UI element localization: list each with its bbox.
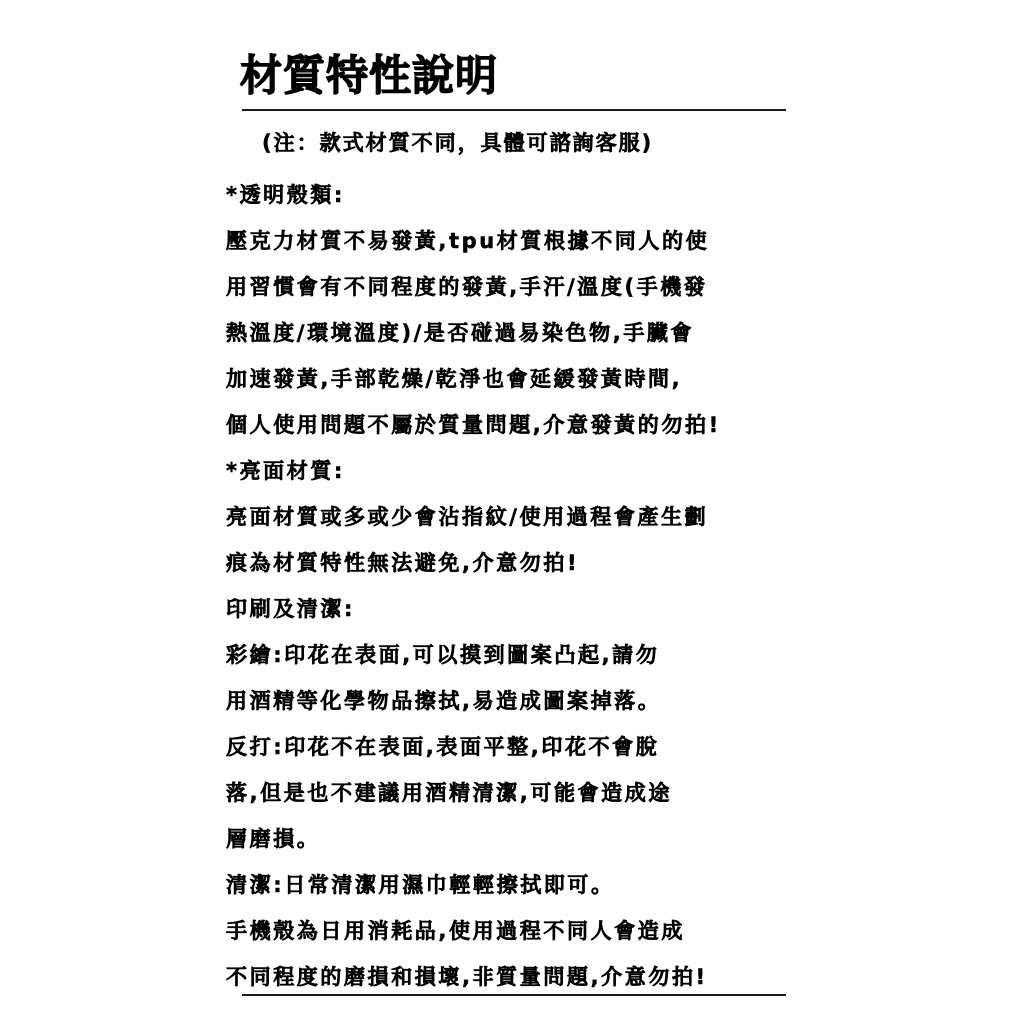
paragraph-line: 熱溫度/環境溫度)/是否碰過易染色物,手臟會 bbox=[226, 310, 826, 356]
paragraph-line: 用習慣會有不同程度的發黃,手汗/溫度(手機發 bbox=[226, 264, 826, 310]
section-heading-printing-cleaning: 印刷及清潔: bbox=[226, 586, 826, 632]
section-heading-transparent-case: *透明殼類: bbox=[226, 172, 826, 218]
paragraph-line: 落,但是也不建議用酒精清潔,可能會造成途 bbox=[226, 770, 826, 816]
page-title: 材質特性說明 bbox=[240, 50, 498, 102]
title-divider bbox=[242, 109, 786, 111]
paragraph-line: 手機殼為日用消耗品,使用過程不同人會造成 bbox=[226, 908, 826, 954]
section-heading-glossy-material: *亮面材質: bbox=[226, 448, 826, 494]
paragraph-line: 清潔:日常清潔用濕巾輕輕擦拭即可。 bbox=[226, 862, 826, 908]
paragraph-line: 痕為材質特性無法避免,介意勿拍! bbox=[226, 540, 826, 586]
paragraph-line: 亮面材質或多或少會沾指紋/使用過程會產生劃 bbox=[226, 494, 826, 540]
paragraph-line: 用酒精等化學物品擦拭,易造成圖案掉落。 bbox=[226, 678, 826, 724]
paragraph-line: 層磨損。 bbox=[226, 816, 826, 862]
paragraph-line: 反打:印花不在表面,表面平整,印花不會脫 bbox=[226, 724, 826, 770]
paragraph-line: 個人使用問題不屬於質量問題,介意發黃的勿拍! bbox=[226, 402, 826, 448]
paragraph-line: 壓克力材質不易發黃,tpu材質根據不同人的使 bbox=[226, 218, 826, 264]
paragraph-line: 加速發黃,手部乾燥/乾淨也會延緩發黃時間, bbox=[226, 356, 826, 402]
note-text: (注：款式材質不同，具體可諮詢客服) bbox=[262, 128, 653, 158]
paragraph-line: 彩繪:印花在表面,可以摸到圖案凸起,請勿 bbox=[226, 632, 826, 678]
description-body: *透明殼類: 壓克力材質不易發黃,tpu材質根據不同人的使 用習慣會有不同程度的… bbox=[226, 172, 826, 1000]
bottom-divider bbox=[242, 994, 786, 996]
